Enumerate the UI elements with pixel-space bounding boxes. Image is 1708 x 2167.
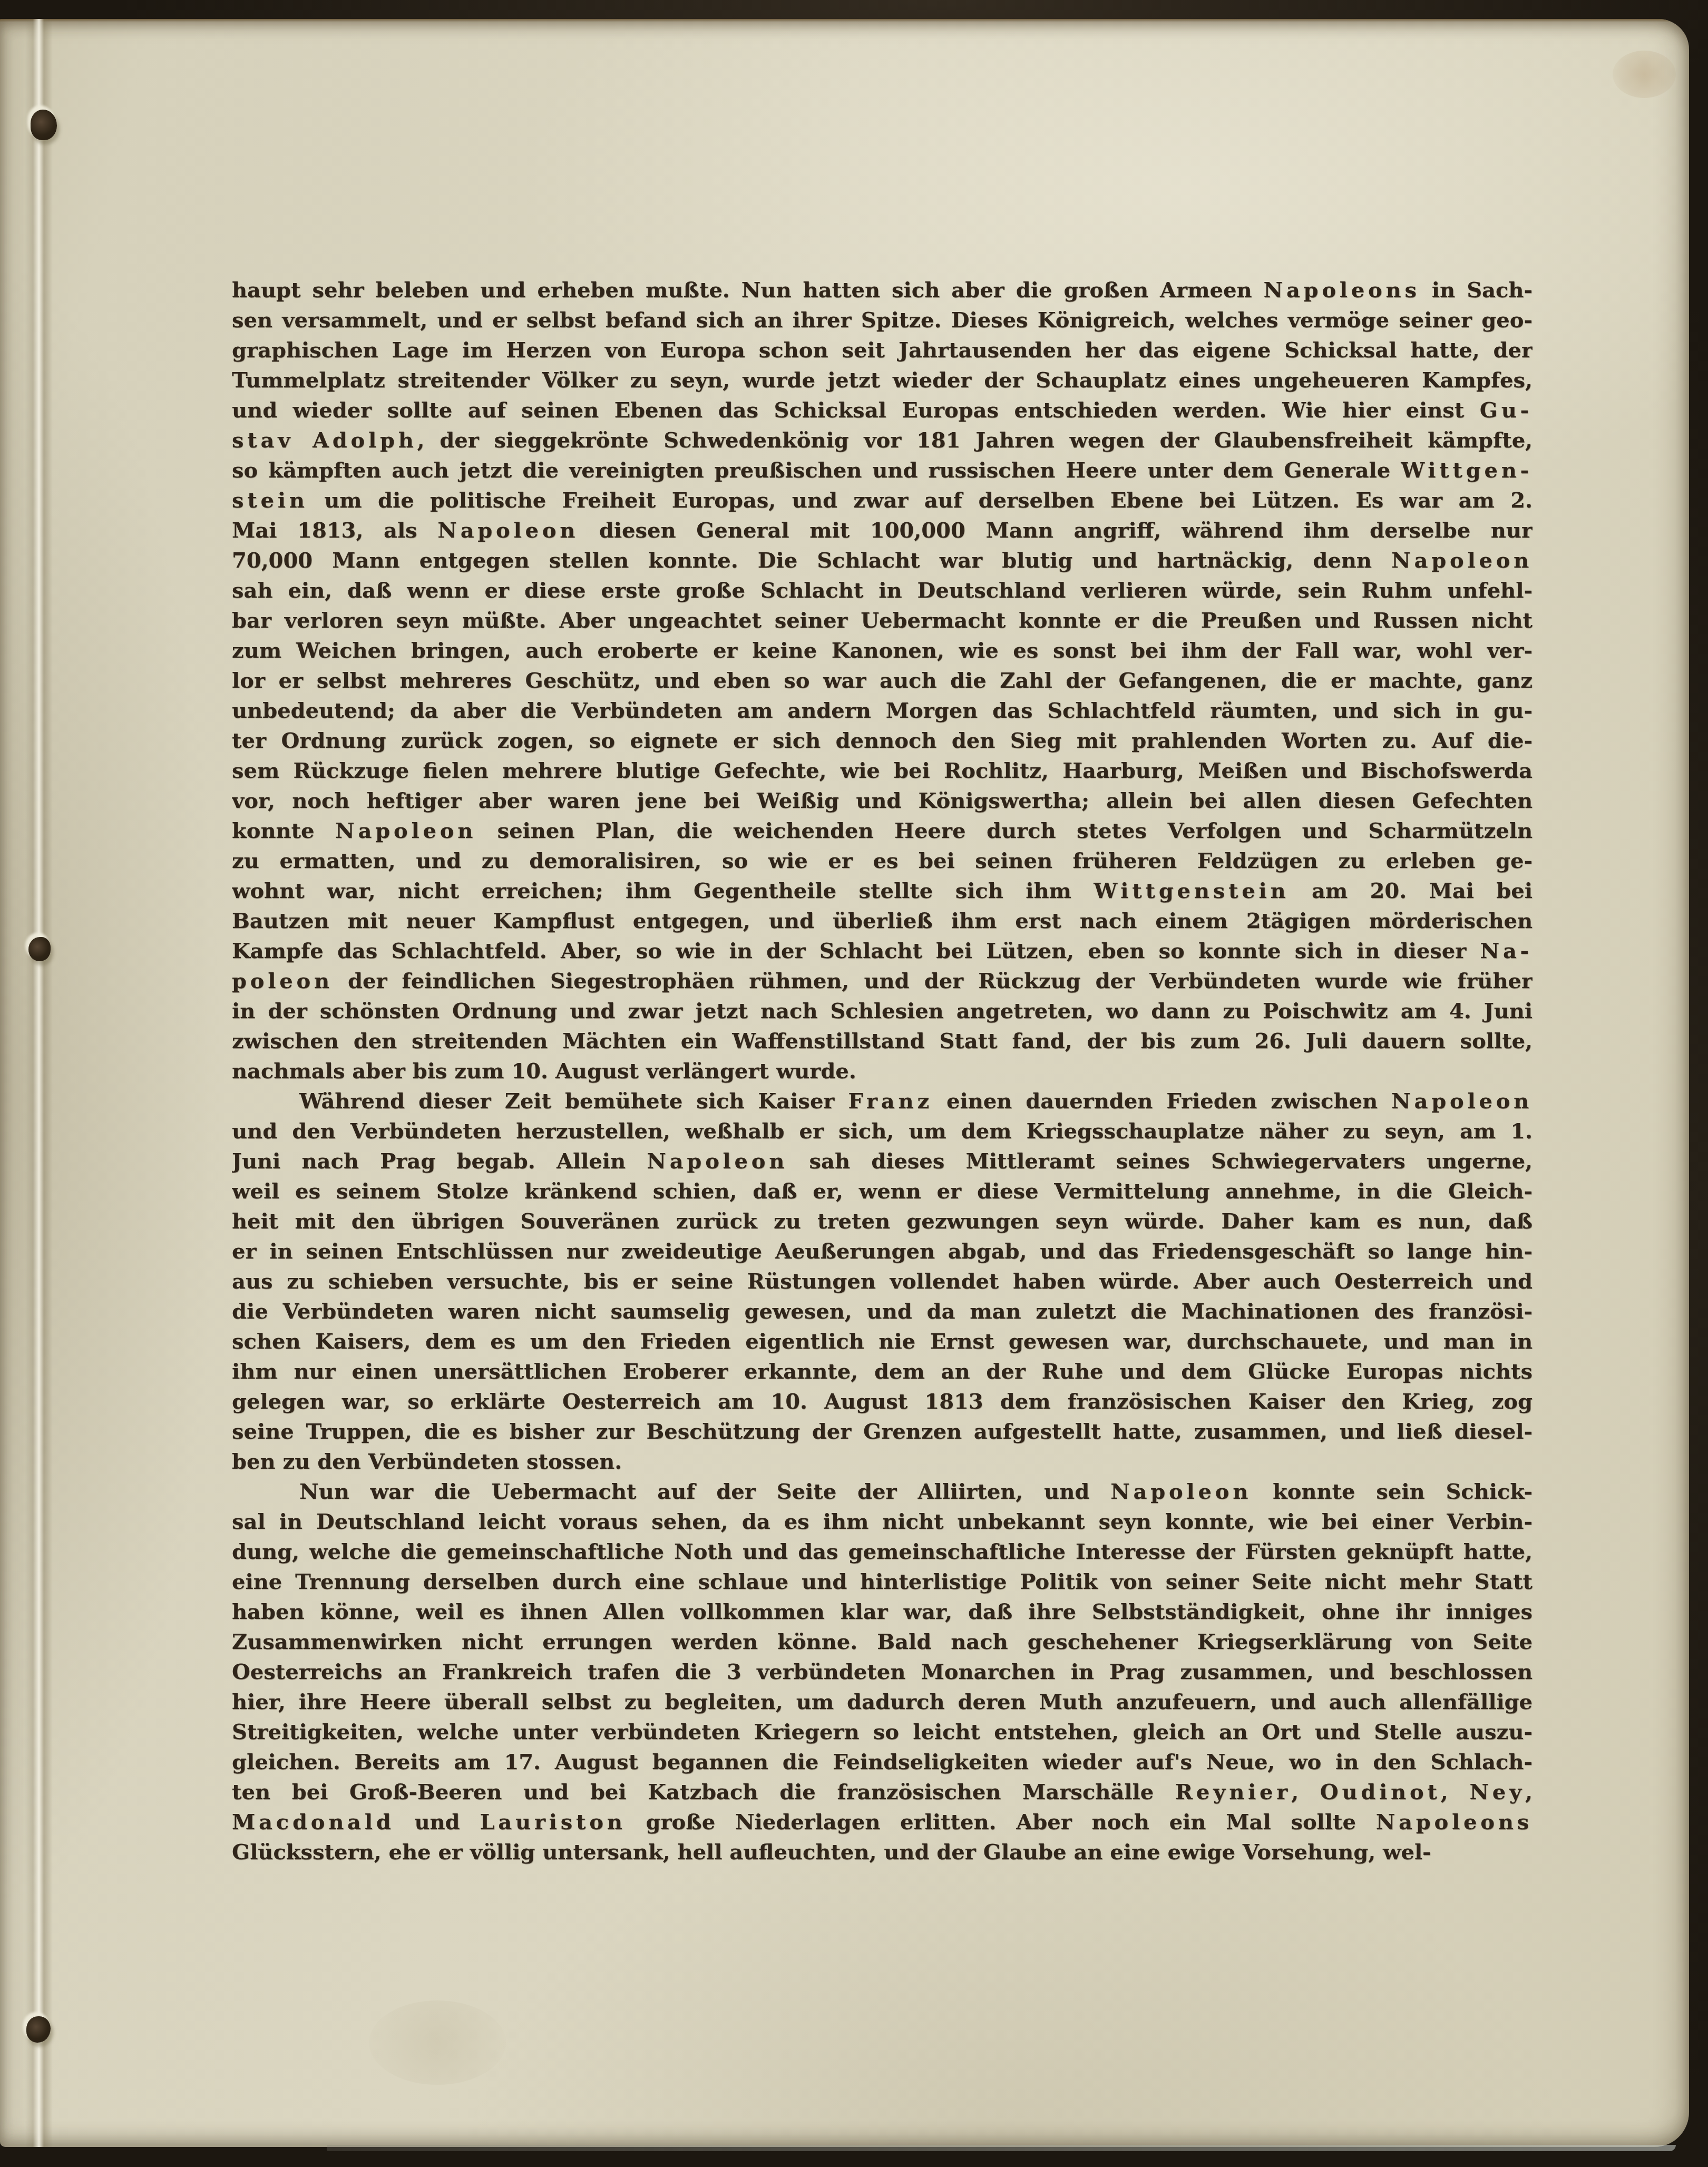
text-line: stav Adolph, der sieggekrönte Schwedenkö… (232, 425, 1533, 455)
text-line: nachmals aber bis zum 10. August verläng… (232, 1056, 1533, 1086)
emphasized-name: stav Adolph (232, 428, 417, 453)
text-line: aus zu schieben versuchte, bis er seine … (232, 1266, 1533, 1296)
text-line: Macdonald und Lauriston große Niederlage… (232, 1807, 1533, 1837)
text-line: schen Kaisers, dem es um den Frieden eig… (232, 1326, 1533, 1356)
text-line: seine Truppen, die es bisher zur Beschüt… (232, 1417, 1533, 1447)
text-line: ben zu den Verbündeten stossen. (232, 1447, 1533, 1477)
emphasized-name: Franz (848, 1089, 932, 1114)
emphasized-name: Wittgen- (1401, 458, 1533, 483)
text-line: und wieder sollte auf seinen Ebenen das … (232, 395, 1533, 425)
emphasized-name: Ney (1469, 1780, 1525, 1804)
text-line: Oesterreichs an Frankreich trafen die 3 … (232, 1657, 1533, 1687)
text-line: haben könne, weil es ihnen Allen vollkom… (232, 1597, 1533, 1627)
text-line: so kämpften auch jetzt die vereinigten p… (232, 455, 1533, 485)
stitch-hole (31, 110, 57, 140)
text-line: Streitigkeiten, welche unter verbündeten… (232, 1717, 1533, 1747)
text-line: wohnt war, nicht erreichen; ihm Gegenthe… (232, 876, 1533, 906)
text-line: ihm nur einen unersättlichen Eroberer er… (232, 1356, 1533, 1387)
stitch-hole (28, 937, 51, 961)
text-line: sem Rückzuge fielen mehrere blutige Gefe… (232, 756, 1533, 786)
text-line: er in seinen Entschlüssen nur zweideutig… (232, 1236, 1533, 1266)
text-line: vor, noch heftiger aber waren jene bei W… (232, 786, 1533, 816)
text-line: Nun war die Uebermacht auf der Seite der… (232, 1477, 1533, 1507)
text-line: die Verbündeten waren nicht saumselig ge… (232, 1296, 1533, 1326)
text-line: gleichen. Bereits am 17. August begannen… (232, 1747, 1533, 1777)
text-line: graphischen Lage im Herzen von Europa sc… (232, 335, 1533, 365)
text-line: Glücksstern, ehe er völlig untersank, he… (232, 1837, 1533, 1867)
text-line: 70,000 Mann entgegen stellen konnte. Die… (232, 545, 1533, 575)
text-line: zu ermatten, und zu demoralisiren, so wi… (232, 846, 1533, 876)
emphasized-name: Reynier (1175, 1780, 1291, 1804)
emphasized-name: Napoleons (1264, 278, 1420, 302)
text-line: zwischen den streitenden Mächten ein Waf… (232, 1026, 1533, 1056)
text-line: zum Weichen bringen, auch eroberte er ke… (232, 636, 1533, 666)
text-line: gelegen war, so erklärte Oesterreich am … (232, 1387, 1533, 1417)
text-line: haupt sehr beleben und erheben mußte. Nu… (232, 275, 1533, 305)
text-line: sal in Deutschland leicht voraus sehen, … (232, 1507, 1533, 1537)
text-line: in der schönsten Ordnung und zwar jetzt … (232, 996, 1533, 1026)
emphasized-name: Lauriston (480, 1810, 626, 1834)
emphasized-name: Oudinot (1320, 1780, 1441, 1804)
emphasized-name: Gu- (1480, 398, 1533, 423)
text-line: ter Ordnung zurück zogen, so eignete er … (232, 726, 1533, 756)
text-line: Zusammenwirken nicht errungen werden kön… (232, 1627, 1533, 1657)
text-line: lor er selbst mehreres Geschütz, und ebe… (232, 666, 1533, 696)
emphasized-name: Napoleon (335, 818, 476, 843)
emphasized-name: Napoleon (647, 1149, 788, 1174)
text-line: sen versammelt, und er selbst befand sic… (232, 305, 1533, 335)
emphasized-name: Macdonald (232, 1810, 395, 1834)
emphasized-name: poleon (232, 969, 333, 993)
binding-crease (25, 19, 53, 2147)
emphasized-name: stein (232, 488, 308, 513)
foxing-stain (369, 2000, 506, 2085)
emphasized-name: Wittgenstein (1094, 878, 1289, 903)
text-line: hier, ihre Heere überall selbst zu begle… (232, 1687, 1533, 1717)
text-line: Tummelplatz streitender Völker zu seyn, … (232, 365, 1533, 395)
under-page-edge (327, 2145, 1676, 2151)
text-line: ten bei Groß-Beeren und bei Katzbach die… (232, 1777, 1533, 1807)
text-line: weil es seinem Stolze kränkend schien, d… (232, 1176, 1533, 1206)
text-line: konnte Napoleon seinen Plan, die weichen… (232, 816, 1533, 846)
text-block: haupt sehr beleben und erheben mußte. Nu… (232, 275, 1533, 1867)
text-line: unbedeutend; da aber die Verbündeten am … (232, 696, 1533, 726)
emphasized-name: Napoleon (1391, 548, 1533, 573)
text-line: sah ein, daß wenn er diese erste große S… (232, 575, 1533, 606)
text-line: Juni nach Prag begab. Allein Napoleon sa… (232, 1146, 1533, 1176)
text-line: poleon der feindlichen Siegestrophäen rü… (232, 966, 1533, 996)
text-line: heit mit den übrigen Souveränen zurück z… (232, 1206, 1533, 1236)
text-line: Bautzen mit neuer Kampflust entgegen, un… (232, 906, 1533, 936)
text-line: Mai 1813, als Napoleon diesen General mi… (232, 515, 1533, 545)
emphasized-name: Napoleon (1391, 1089, 1533, 1114)
text-line: stein um die politische Freiheit Europas… (232, 485, 1533, 515)
emphasized-name: Na- (1480, 939, 1533, 963)
text-line: dung, welche die gemeinschaftliche Noth … (232, 1537, 1533, 1567)
emphasized-name: Napoleons (1376, 1810, 1533, 1834)
emphasized-name: Napoleon (437, 518, 579, 543)
foxing-stain (1613, 51, 1676, 98)
emphasized-name: Napoleon (1110, 1479, 1252, 1504)
text-line: eine Trennung derselben durch eine schla… (232, 1567, 1533, 1597)
text-line: Während dieser Zeit bemühete sich Kaiser… (232, 1086, 1533, 1116)
text-line: Kampfe das Schlachtfeld. Aber, so wie in… (232, 936, 1533, 966)
text-line: bar verloren seyn müßte. Aber ungeachtet… (232, 606, 1533, 636)
text-line: und den Verbündeten herzustellen, weßhal… (232, 1116, 1533, 1146)
page-top-edge (0, 19, 1689, 22)
book-page: haupt sehr beleben und erheben mußte. Nu… (0, 19, 1689, 2147)
